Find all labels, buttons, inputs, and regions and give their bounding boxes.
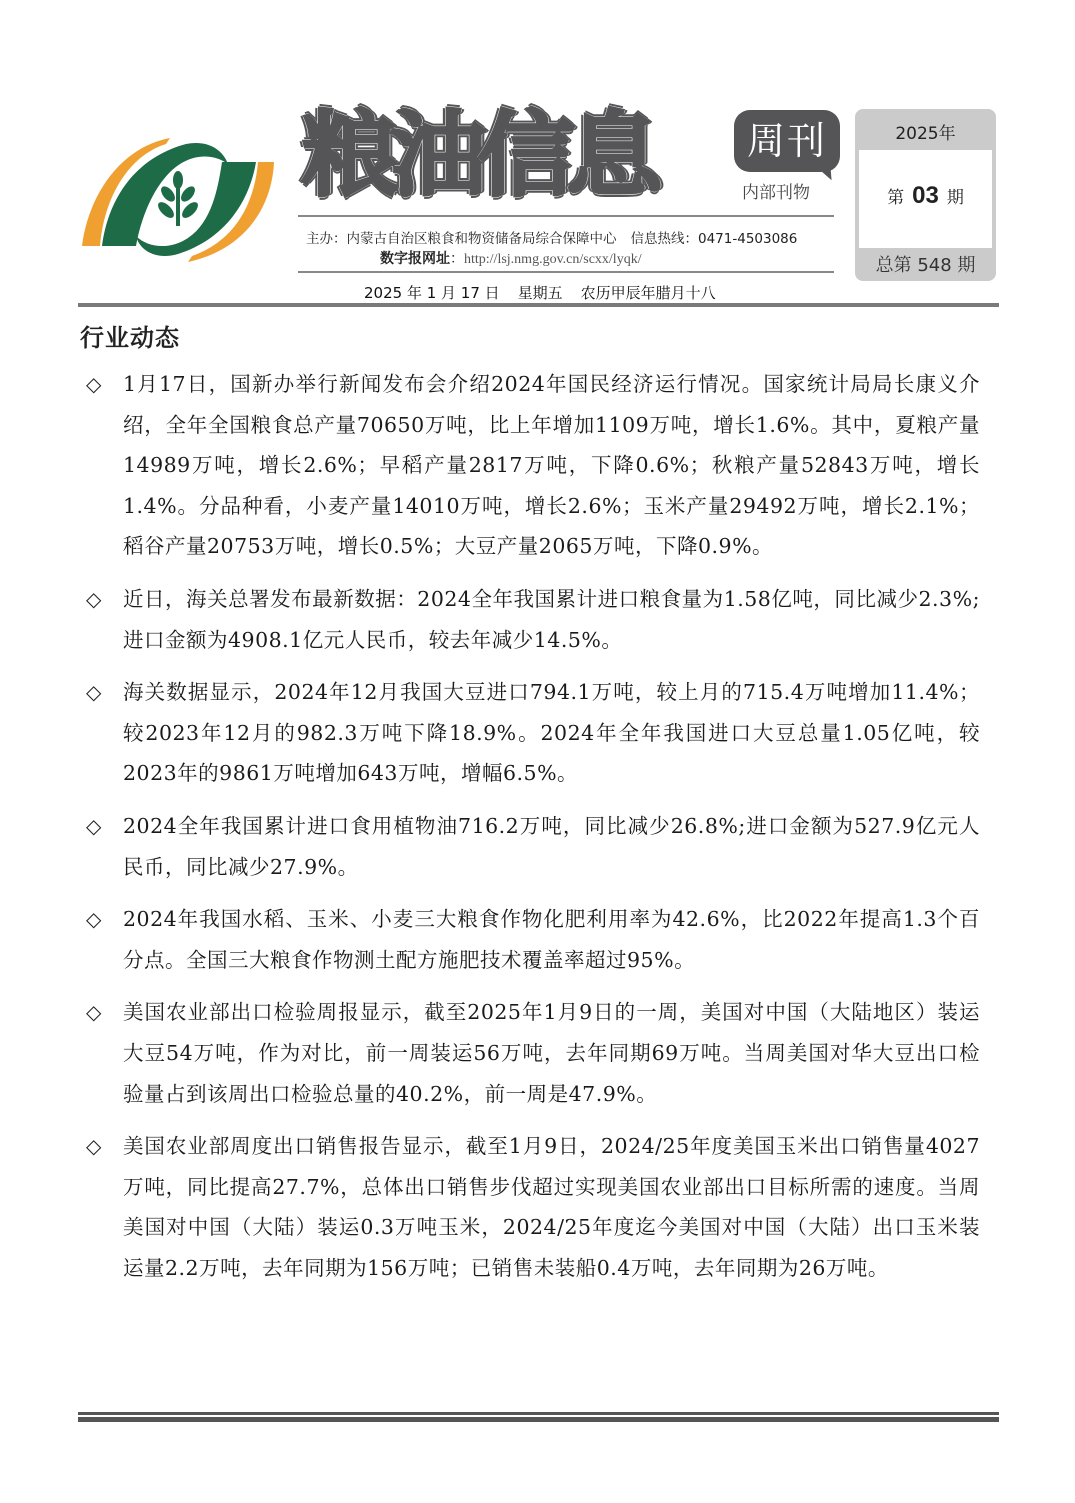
title-char: 息 [566, 104, 658, 208]
publication-title: 粮油信息 [302, 104, 732, 208]
publication-date: 2025 年 1 月 17 日 [364, 284, 500, 302]
diamond-bullet-icon: ◇ [86, 672, 101, 713]
news-item-text: 2024全年我国累计进口食用植物油716.2万吨，同比减少26.8%;进口金额为… [123, 806, 980, 887]
title-char: 粮 [302, 104, 394, 208]
hotline-label: 信息热线：0471-4503086 [631, 231, 798, 247]
diamond-bullet-icon: ◇ [86, 364, 101, 405]
title-char: 信 [478, 104, 570, 208]
title-char: 油 [390, 104, 482, 208]
news-item-text: 美国农业部出口检验周报显示，截至2025年1月9日的一周，美国对中国（大陆地区）… [123, 992, 980, 1114]
diamond-bullet-icon: ◇ [86, 579, 101, 620]
news-item: ◇ 海关数据显示，2024年12月我国大豆进口794.1万吨，较上月的715.4… [82, 672, 980, 794]
issue-box: 2025年 第03期 总第 548 期 [855, 109, 996, 281]
footer-divider-thick [78, 1417, 999, 1422]
diamond-bullet-icon: ◇ [86, 899, 101, 940]
weekday: 星期五 [518, 284, 563, 302]
issue-suffix: 期 [947, 188, 964, 208]
grain-swirl-logo-icon [78, 128, 278, 268]
news-item: ◇ 美国农业部出口检验周报显示，截至2025年1月9日的一周，美国对中国（大陆地… [82, 992, 980, 1114]
issue-number-value: 03 [912, 182, 939, 209]
news-list: ◇ 1月17日，国新办举行新闻发布会介绍2024年国民经济运行情况。国家统计局局… [82, 364, 980, 1300]
news-item-text: 2024年我国水稻、玉米、小麦三大粮食作物化肥利用率为42.6%，比2022年提… [123, 899, 980, 980]
diamond-bullet-icon: ◇ [86, 806, 101, 847]
lunar-date: 农历甲辰年腊月十八 [581, 284, 716, 302]
issue-total: 总第 548 期 [855, 251, 996, 277]
news-item-text: 1月17日，国新办举行新闻发布会介绍2024年国民经济运行情况。国家统计局局长康… [123, 364, 980, 567]
diamond-bullet-icon: ◇ [86, 992, 101, 1033]
news-item: ◇ 1月17日，国新办举行新闻发布会介绍2024年国民经济运行情况。国家统计局局… [82, 364, 980, 567]
news-item: ◇ 近日，海关总署发布最新数据：2024全年我国累计进口粮食量为1.58亿吨，同… [82, 579, 980, 660]
site-label: 数字报网址 [380, 251, 450, 267]
site-separator: ： [450, 251, 464, 267]
news-item: ◇ 美国农业部周度出口销售报告显示，截至1月9日，2024/25年度美国玉米出口… [82, 1126, 980, 1288]
diamond-bullet-icon: ◇ [86, 1126, 101, 1167]
sponsor-line: 主办：内蒙古自治区粮食和物资储备局综合保障中心信息热线：0471-4503086 [306, 227, 836, 247]
news-item-text: 美国农业部周度出口销售报告显示，截至1月9日，2024/25年度美国玉米出口销售… [123, 1126, 980, 1288]
internal-publication-label: 内部刊物 [742, 178, 810, 203]
news-item-text: 近日，海关总署发布最新数据：2024全年我国累计进口粮食量为1.58亿吨，同比减… [123, 579, 980, 660]
news-item: ◇ 2024年我国水稻、玉米、小麦三大粮食作物化肥利用率为42.6%，比2022… [82, 899, 980, 980]
issue-number-panel: 第03期 [859, 150, 992, 248]
divider [298, 271, 834, 273]
digital-site-line: 数字报网址：http://lsj.nmg.gov.cn/scxx/lyqk/ [380, 248, 642, 268]
site-url-link[interactable]: http://lsj.nmg.gov.cn/scxx/lyqk/ [464, 252, 642, 267]
header-divider [78, 303, 999, 307]
news-item: ◇ 2024全年我国累计进口食用植物油716.2万吨，同比减少26.8%;进口金… [82, 806, 980, 887]
news-item-text: 海关数据显示，2024年12月我国大豆进口794.1万吨，较上月的715.4万吨… [123, 672, 980, 794]
section-title: 行业动态 [80, 318, 180, 353]
publication-logo [78, 128, 278, 268]
sponsor-label: 主办：内蒙古自治区粮食和物资储备局综合保障中心 [306, 231, 617, 247]
footer-divider-thin [78, 1412, 999, 1415]
divider [298, 215, 834, 217]
issue-prefix: 第 [887, 188, 904, 208]
issue-number: 第03期 [859, 182, 992, 210]
issue-year: 2025年 [855, 119, 996, 144]
date-line: 2025 年 1 月 17 日星期五农历甲辰年腊月十八 [364, 282, 734, 303]
